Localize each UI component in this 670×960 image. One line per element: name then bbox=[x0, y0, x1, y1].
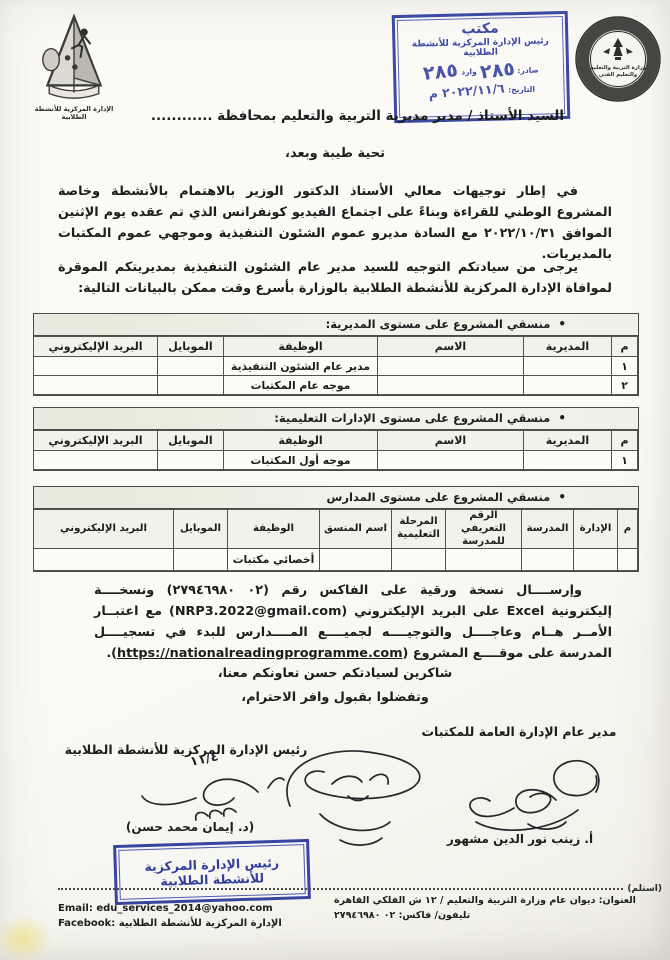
footer-contact-right: العنوان: ديوان عام وزارة التربية والتعلي… bbox=[330, 893, 662, 923]
signature-right-name: أ. زينب نور الدين مشهور bbox=[395, 832, 645, 846]
scan-smudge bbox=[0, 916, 52, 960]
bottom-stamp-box: رئيس الإدارة المركزية للأنشطة الطلابية bbox=[113, 839, 311, 905]
col-header: الرقم التعريفي للمدرسة bbox=[446, 510, 522, 549]
document-paper: الإدارة المركزية للأنشطة الطلابية مكتب ر… bbox=[0, 0, 670, 960]
svg-text:والتعليم الفني: والتعليم الفني bbox=[599, 72, 637, 78]
table-title: • منسقي المشروع على مستوى المديرية: bbox=[34, 314, 638, 336]
footer-address: العنوان: ديوان عام وزارة التربية والتعلي… bbox=[330, 893, 662, 908]
col-header: المرحلة التعليمية bbox=[392, 510, 446, 549]
table-title: • منسقي المشروع على مستوى المدارس bbox=[34, 487, 638, 509]
signature-scribble-right bbox=[428, 742, 648, 842]
signature-left-name: (د. إيمان محمد حسن) bbox=[70, 820, 310, 834]
cell bbox=[378, 376, 524, 395]
bullet-icon: • bbox=[558, 411, 566, 425]
cell bbox=[378, 451, 524, 470]
cell bbox=[574, 549, 618, 571]
table-school-coordinators: • منسقي المشروع على مستوى المدارس م الإد… bbox=[33, 486, 639, 572]
cell bbox=[446, 549, 522, 571]
table-edu-admin-coordinators: • منسقي المشروع على مستوى الإدارات التعل… bbox=[33, 407, 639, 471]
dotted-line bbox=[58, 888, 623, 890]
cell bbox=[158, 376, 224, 395]
stamp-date-label: التاريخ: bbox=[508, 85, 535, 95]
col-header: الاسم bbox=[378, 431, 524, 451]
cell bbox=[522, 549, 574, 571]
col-header: الوظيفة bbox=[224, 431, 378, 451]
cell: أخصائي مكتبات bbox=[228, 549, 320, 571]
facebook-label: Facebook: bbox=[58, 918, 115, 929]
table-directorate-coordinators: • منسقي المشروع على مستوى المديرية: م ال… bbox=[33, 313, 639, 396]
phone-fax-label: تليفون/ فاكس: bbox=[399, 910, 471, 921]
signature-right-title: مدير عام الإدارة العامة للمكتبات bbox=[388, 724, 650, 739]
table-title-text: منسقي المشروع على مستوى المدارس bbox=[327, 490, 551, 504]
col-header: الوظيفة bbox=[228, 510, 320, 549]
cell: موجه عام المكتبات bbox=[224, 376, 378, 395]
cell: ١ bbox=[612, 357, 638, 376]
stamp-wared-label: وارد bbox=[461, 67, 477, 76]
signature-left-title: رئيس الإدارة المركزية للأنشطة الطلابية bbox=[52, 742, 320, 757]
ministry-seal-icon: MINISTRY OF EDUCATION AND TECHNICAL EDUC… bbox=[575, 16, 661, 102]
cell bbox=[34, 376, 158, 395]
bullet-icon: • bbox=[558, 317, 566, 331]
stamp-sader-value: ٢٨٥ bbox=[479, 58, 516, 84]
col-header: اسم المنسق bbox=[320, 510, 392, 549]
org-logo: الإدارة المركزية للأنشطة الطلابية bbox=[26, 12, 122, 121]
footer-contact-left: Email: edu_services_2014@yahoo.com Faceb… bbox=[58, 901, 328, 931]
col-header: المديرية bbox=[524, 337, 612, 357]
svg-text:MINISTRY OF EDUCATION AND TECH: MINISTRY OF EDUCATION AND TECHNICAL EDUC… bbox=[575, 16, 578, 18]
office-stamp: مكتب رئيس الإدارة المركزية للأنشطة الطلا… bbox=[392, 11, 571, 123]
col-header: المديرية bbox=[524, 431, 612, 451]
cell bbox=[34, 357, 158, 376]
cell: ١ bbox=[612, 451, 638, 470]
cell bbox=[392, 549, 446, 571]
cell bbox=[158, 451, 224, 470]
student-activities-logo-icon bbox=[32, 12, 116, 100]
cell bbox=[524, 376, 612, 395]
cell: ٢ bbox=[612, 376, 638, 395]
cell bbox=[158, 357, 224, 376]
cell: مدير عام الشئون التنفيذية bbox=[224, 357, 378, 376]
cell bbox=[524, 451, 612, 470]
paragraph-2: يرجى من سيادتكم التوجيه للسيد مدير عام ا… bbox=[58, 257, 612, 299]
thanks-line: شاكرين لسيادتكم حسن تعاونكم معنا، bbox=[0, 666, 670, 681]
cell bbox=[378, 357, 524, 376]
table-row: أخصائي مكتبات bbox=[34, 549, 638, 571]
email-address: NRP3.2022@gmail.com bbox=[175, 604, 342, 619]
project-url-link: https://nationalreadingprogramme.com bbox=[117, 646, 403, 661]
footer-phone-fax: تليفون/ فاكس: ٠٢ ٢٧٩٤٦٩٨٠ bbox=[330, 908, 662, 923]
col-header: م bbox=[618, 510, 638, 549]
stamp-wared-value: ٢٨٥ bbox=[422, 59, 459, 85]
header-row: م الإدارة المدرسة الرقم التعريفي للمدرسة… bbox=[34, 510, 638, 549]
col-header: م bbox=[612, 337, 638, 357]
cell bbox=[618, 549, 638, 571]
col-header: البريد الإليكتروني bbox=[34, 431, 158, 451]
phone-fax-value: ٠٢ ٢٧٩٤٦٩٨٠ bbox=[334, 910, 395, 921]
col-header: الوظيفة bbox=[224, 337, 378, 357]
col-header: الاسم bbox=[378, 337, 524, 357]
cell bbox=[174, 549, 228, 571]
col-header: الموبايل bbox=[158, 337, 224, 357]
col-header: م bbox=[612, 431, 638, 451]
table-row: ١ مدير عام الشئون التنفيذية bbox=[34, 357, 638, 376]
p3-text: وإرســــال نسخة ورقية على الفاكس رقم ( bbox=[263, 583, 582, 598]
header-row: م المديرية الاسم الوظيفة الموبايل البريد… bbox=[34, 431, 638, 451]
col-header: البريد الإليكتروني bbox=[34, 510, 174, 549]
facebook-value: الإدارة المركزية للأنشطة الطلابية bbox=[119, 918, 282, 929]
cell bbox=[320, 549, 392, 571]
svg-text:وزارة التربية والتعليم: وزارة التربية والتعليم bbox=[590, 65, 646, 71]
bullet-icon: • bbox=[558, 490, 566, 504]
table-title: • منسقي المشروع على مستوى الإدارات التعل… bbox=[34, 408, 638, 430]
table-title-text: منسقي المشروع على مستوى المديرية: bbox=[326, 317, 551, 331]
recipient-line: السيد الأستاذ / مدير مديرية التربية والت… bbox=[0, 108, 670, 124]
table-row: ٢ موجه عام المكتبات bbox=[34, 376, 638, 395]
fax-number: ٠٢ ٢٧٩٤٦٩٨٠ bbox=[173, 583, 264, 598]
col-header: الموبايل bbox=[174, 510, 228, 549]
cell bbox=[524, 357, 612, 376]
stamp-date-value: ٢٠٢٢/١١/٦ م bbox=[428, 80, 505, 101]
paragraph-3: وإرســــال نسخة ورقية على الفاكس رقم (٠٢… bbox=[94, 580, 612, 664]
greeting-line: تحية طيبة وبعد، bbox=[0, 146, 670, 161]
col-header: البريد الإليكتروني bbox=[34, 337, 158, 357]
compliments-line: وتفضلوا بقبول وافر الاحترام، bbox=[0, 690, 670, 705]
col-header: الموبايل bbox=[158, 431, 224, 451]
cell: موجه أول المكتبات bbox=[224, 451, 378, 470]
footer-email: Email: edu_services_2014@yahoo.com bbox=[58, 901, 328, 916]
cell bbox=[34, 451, 158, 470]
p3-text: ). bbox=[106, 646, 117, 661]
footer-facebook: Facebook: الإدارة المركزية للأنشطة الطلا… bbox=[58, 916, 328, 931]
cell bbox=[34, 549, 174, 571]
table-row: ١ موجه أول المكتبات bbox=[34, 451, 638, 470]
stamp-office-title: رئيس الإدارة المركزية للأنشطة الطلابية bbox=[402, 36, 558, 60]
table-title-text: منسقي المشروع على مستوى الإدارات التعليم… bbox=[274, 411, 550, 425]
ministry-seal: MINISTRY OF EDUCATION AND TECHNICAL EDUC… bbox=[575, 16, 661, 102]
header-row: م المديرية الاسم الوظيفة الموبايل البريد… bbox=[34, 337, 638, 357]
paragraph-1: في إطار توجيهات معالي الأستاذ الدكتور ال… bbox=[58, 181, 612, 265]
col-header: المدرسة bbox=[522, 510, 574, 549]
stamp-sader-label: صادر: bbox=[517, 65, 538, 75]
col-header: الإدارة bbox=[574, 510, 618, 549]
